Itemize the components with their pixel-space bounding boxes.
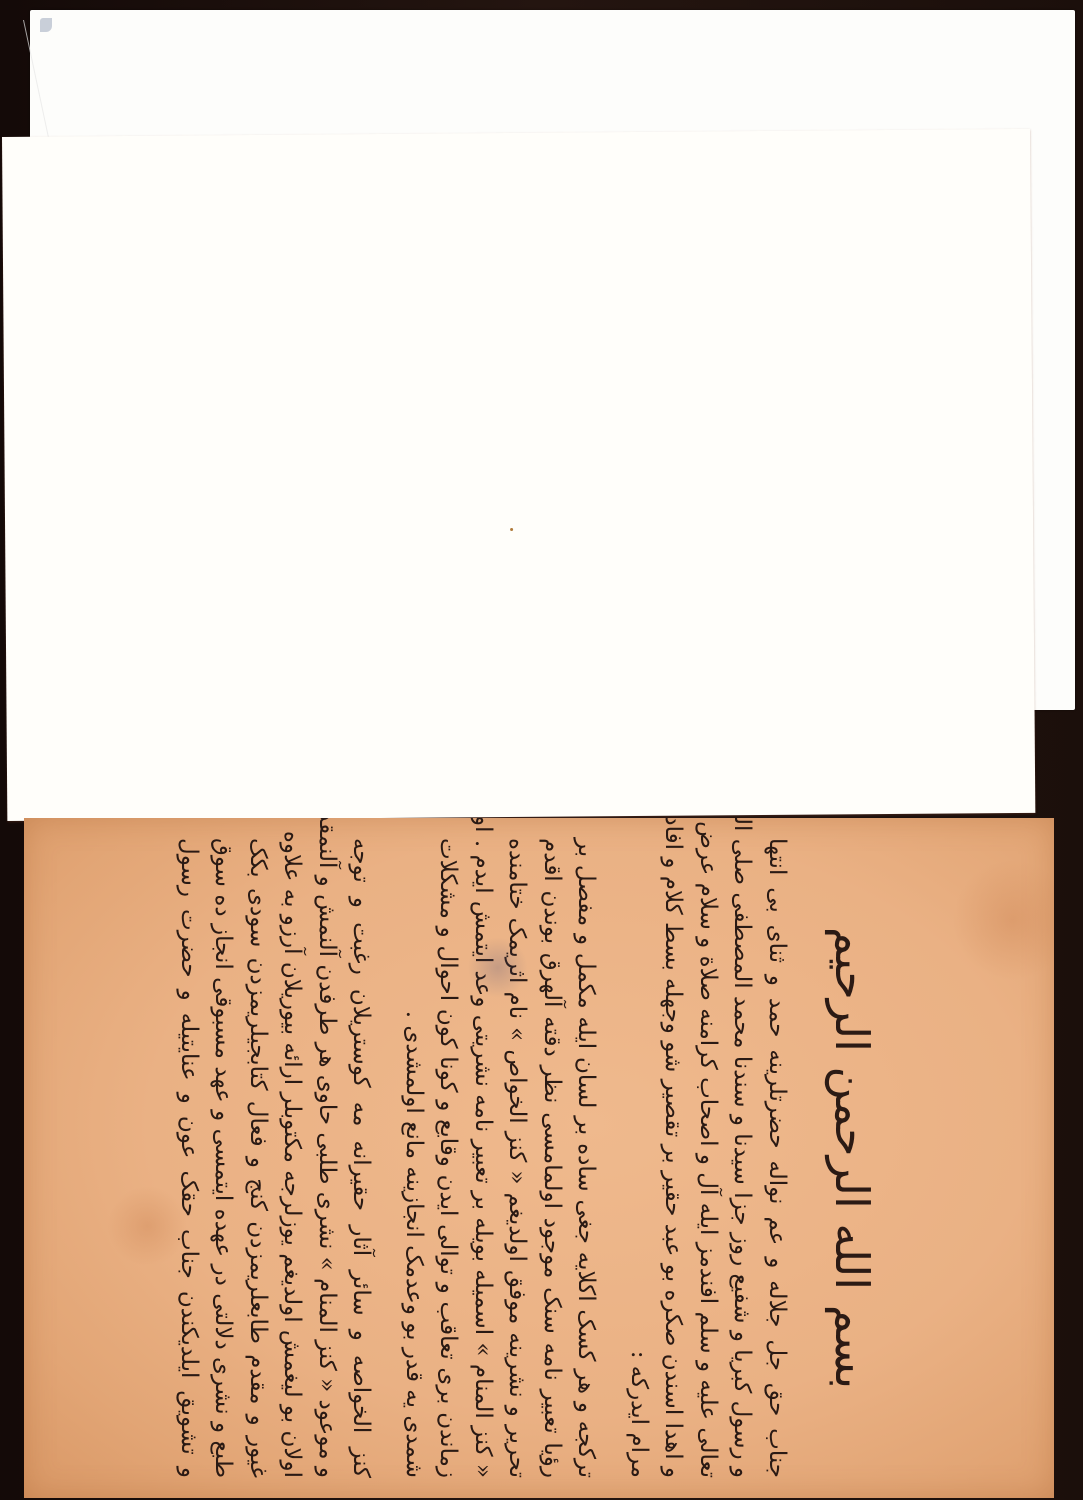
text-line: و موعود « کنز المنام » نشری طلبی حاوی هر… [309,838,344,1478]
text-line: و تشویق ایلدیکندن جناب حقک عون و عنایتیل… [171,838,206,1478]
text-line: مرام ایدرکه : [621,838,656,1478]
basmala-heading: بسم الله الرحمن الرحيم [824,838,879,1478]
front-white-sheet [2,129,1035,821]
scanned-photo: بسم الله الرحمن الرحيم جناب حق جل جلاله … [0,0,1083,1500]
text-line: طبع و نشری دلالتی در عهده ایتمسی و عهد م… [206,838,241,1478]
page-text-block: بسم الله الرحمن الرحيم جناب حق جل جلاله … [39,838,1039,1478]
aged-book-page: بسم الله الرحمن الرحيم جناب حق جل جلاله … [24,818,1054,1498]
paragraph-2: ترکجه و هر کسک اکلایه جغی ساده بر لسان ا… [396,838,603,1478]
paragraph-3: کنز الخواصه و سائر آثار حقیرانه مه کوستر… [171,838,378,1478]
text-line: و رسول کبریا و شفیع روز جزا سیدنا و سندن… [725,838,760,1478]
text-line: زماندن بری تعاقب و توالی ایدن وقایع و کو… [431,838,466,1478]
text-line: « کنز المنام » اسمیله بویله بر تعبیر نام… [465,838,500,1478]
text-line: اولان بو لیغمش اولدیغم یوزلرجه مکتوبلر ا… [275,838,310,1478]
text-line: جناب حق جل جلاله و عم نواله حضرتلرینه حم… [759,838,794,1478]
text-line: کنز الخواصه و سائر آثار حقیرانه مه کوستر… [344,838,379,1478]
text-line: ترکجه و هر کسک اکلایه جغی ساده بر لسان ا… [569,838,604,1478]
text-line: تحریر و نشرینه موفق اولدیغم « کنز الخواص… [500,838,535,1478]
paper-speck [510,528,513,531]
text-line: شمدی یه قدر بو وعدمک انجازینه مانع اولمش… [396,838,431,1478]
text-line: رؤیا تعبیر نامه سنک موجود اولمامسی نظر د… [534,838,569,1478]
paragraph-1: جناب حق جل جلاله و عم نواله حضرتلرینه حم… [621,838,794,1478]
text-line: غیور و مقدم طابعلریمزدن کنج و فعال کتابج… [240,838,275,1478]
text-line: تعالی علیه و سلم افندمز ایله آل و اصحاب … [690,838,725,1478]
text-line: و اهدا اسندن صکره بو عبد حقیر بر تقصیر ش… [656,838,691,1478]
